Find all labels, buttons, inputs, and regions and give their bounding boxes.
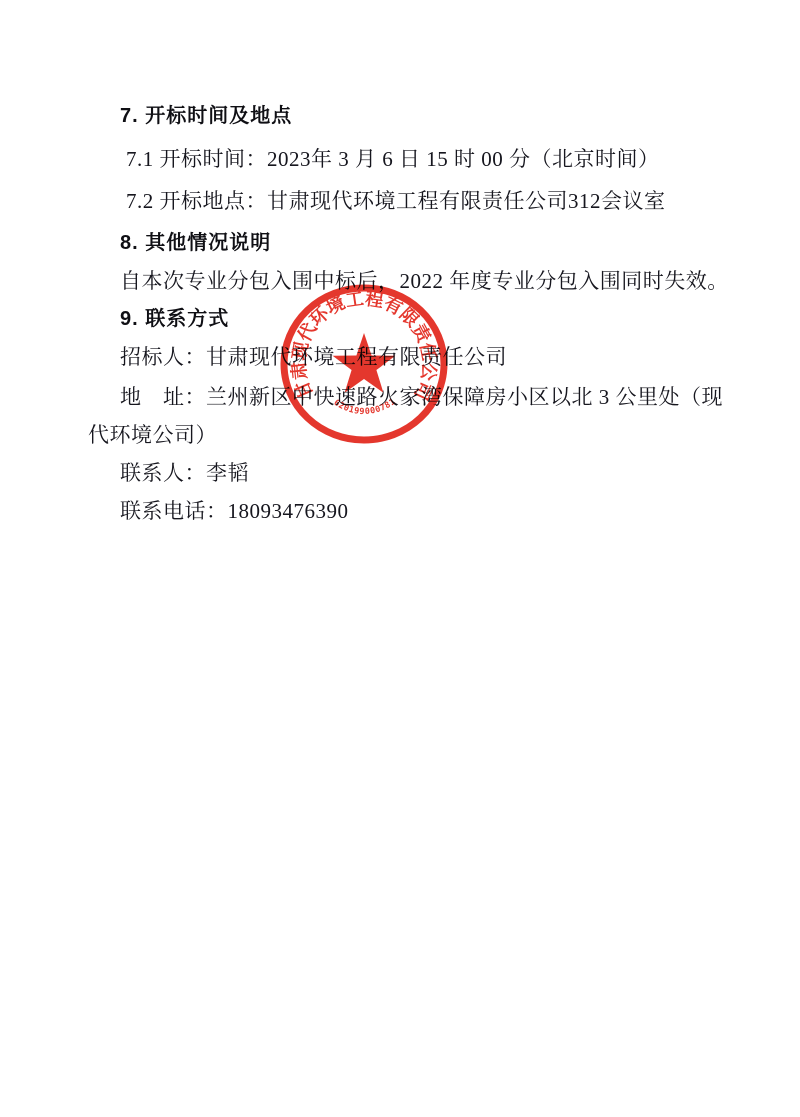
opening-location-line: 7.2 开标地点：甘肃现代环境工程有限责任公司312会议室 bbox=[88, 182, 722, 220]
contact-person-line: 联系人：李韬 bbox=[88, 454, 722, 492]
company-seal: 甘肃现代环境工程有限责任公司 6201990007814 bbox=[276, 280, 452, 448]
star-icon bbox=[333, 333, 396, 393]
contact-phone-line: 联系电话：18093476390 bbox=[88, 492, 722, 530]
document-page: 7. 开标时间及地点 7.1 开标时间：2023年 3 月 6 日 15 时 0… bbox=[0, 0, 800, 1117]
section8-heading: 8. 其他情况说明 bbox=[88, 224, 722, 262]
section7-heading: 7. 开标时间及地点 bbox=[88, 97, 722, 135]
opening-time-line: 7.1 开标时间：2023年 3 月 6 日 15 时 00 分（北京时间） bbox=[88, 140, 722, 178]
document-body: 7. 开标时间及地点 7.1 开标时间：2023年 3 月 6 日 15 时 0… bbox=[88, 0, 722, 530]
